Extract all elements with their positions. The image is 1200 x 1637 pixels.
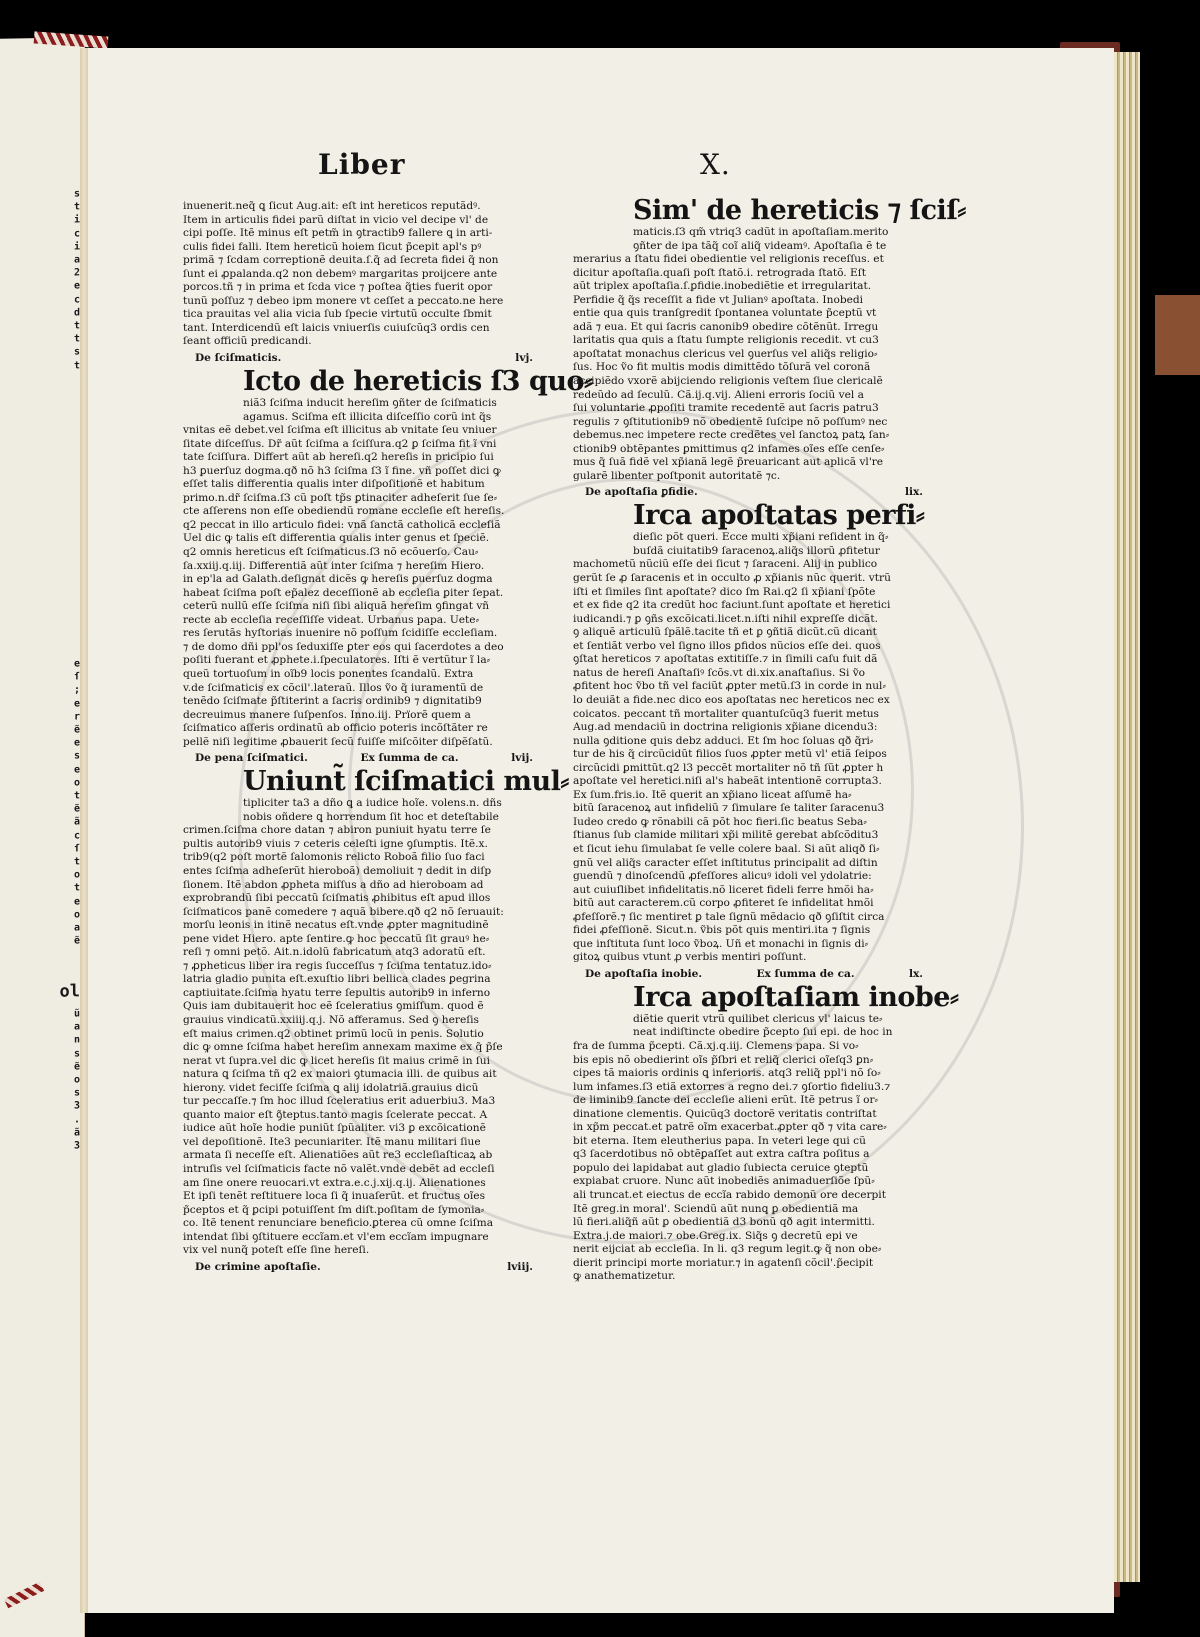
- text-line: porcos.tñ ⁊ in prima et ſcda vice ⁊ poſt…: [183, 281, 533, 295]
- text-line: gitoꝝ quibus vtunt̃ ꝓ verbis mentiri poſ…: [573, 951, 923, 965]
- text-line: bitũ ſaracenoꝝ aut infideliũ ⁊ ſimulare …: [573, 802, 923, 816]
- text-line: et ex fide q2 ita credũt hoc faciunt.ſun…: [573, 599, 923, 613]
- text-line: ꝓfeſſorẽ.⁊ ſic mentiret̃ ꝑ tale ſignũ mẽ…: [573, 911, 923, 925]
- text-line: tica prauitas vel alia vicia ſub ſpecie …: [183, 308, 533, 322]
- text-line: exprobrandũ ſibi peccatũ ſciſmatis ꝓhibi…: [183, 892, 533, 906]
- text-line: Perfidie q̃ q̃s receſſit a fide vt Julia…: [573, 294, 923, 308]
- text-line: apoſtatat monachus clericus vel ꝯuerſus …: [573, 348, 923, 362]
- text-line: pellẽ niſi legitime ꝓbauerit ſecũ fuiſſe…: [183, 736, 533, 750]
- text-line: decreuimus manere ſuſpenſos. Inno.iij. P…: [183, 709, 533, 723]
- page-block-fore-edge: [1112, 52, 1140, 1582]
- text-line: coicatos. peccant tñ mortaliter quantuſc…: [573, 708, 923, 722]
- text-line: ſa.xxiij.q.iij. Differentiã aũt inter ſc…: [183, 560, 533, 574]
- left-page-initial-fragment: ol: [60, 982, 80, 1000]
- text-line: natura ꝗ ſciſma tñ q2 ex maiori ꝯtumacia…: [183, 1068, 533, 1082]
- text-line: h3 ꝑuerſuz dogma.qð nõ h3 ſciſma ſ3 ĩ fi…: [183, 465, 533, 479]
- text-line: ꝯſtat hereticos ⁊ apoſtatas extitiſſe.⁊ …: [573, 653, 923, 667]
- text-line: tenẽdo ſciſmate p̃ſtiterint a ſacris ord…: [183, 695, 533, 709]
- text-column-left: inuenerit.neq̃ ꝗ ſicut Aug.ait: eſt int̃…: [183, 200, 533, 1276]
- text-line: tipliciter ta3 a dño ꝗ a iudice hoĩe. vo…: [183, 797, 533, 811]
- text-line: vix vel nunq̃ poteſt eſſe ſine hereſi.: [183, 1244, 533, 1258]
- text-line: ſtianus ſub clamide militari xp̃i militẽ…: [573, 829, 923, 843]
- text-line: gerũt ſe ꝓ ſaracenis et in occulto ꝓ xp̃…: [573, 572, 923, 586]
- text-line: quanto maior eſt ꝯ̃teptus.tanto magis ſc…: [183, 1109, 533, 1123]
- chapter-rubric: De apoſtaſia inobie.Ex ſumma de ca.lx.: [573, 967, 923, 981]
- text-line: Quis iam dubitauerit hoc eẽ ſceleratius …: [183, 1000, 533, 1014]
- text-line: de liminib9 ſancte dei eccleſie alieni e…: [573, 1094, 923, 1108]
- text-line: bit eterna. Item eleutherius papa. In ve…: [573, 1135, 923, 1149]
- text-line: ⁊ de domo dñi ppl'os ſeduxiſſe ꝑter eos …: [183, 641, 533, 655]
- text-line: bitũ aut caracterem.cũ corpo ꝓfiteret̃ ſ…: [573, 897, 923, 911]
- right-page: Liber X. inuenerit.neq̃ ꝗ ſicut Aug.ait:…: [88, 48, 1114, 1613]
- text-line: natus de hereſi Anaſtaſiꝰ ſcõs.vt di.xix…: [573, 667, 923, 681]
- text-line: tur de his q̃ circũcidũt filios ſuos ꝓpt…: [573, 748, 923, 762]
- text-line: Uel dic ꝙ talis eſt differentia qualis i…: [183, 532, 533, 546]
- text-line: Ex ſum.fris.io. Itẽ querit̃ an xp̃iano l…: [573, 789, 923, 803]
- chapter-number: lviij.: [507, 1260, 533, 1274]
- text-line: Aug.ad mendaciũ in doctrina religionis x…: [573, 721, 923, 735]
- text-line: Iudeo credo ꝙ rõnabili cã põt hoc fieri.…: [573, 816, 923, 830]
- text-line: dinatione clementis. Quicũq3 doctorẽ ver…: [573, 1108, 923, 1122]
- text-line: ꝙ anathematizetur.: [573, 1270, 923, 1284]
- text-line: aut cuiuſlibet infidelitatis.nõ liceret …: [573, 884, 923, 898]
- text-line: dicitur apoſtaſia.quaſi poſt ſtatõ.i. re…: [573, 267, 923, 281]
- text-line: nobis oñdere ꝗ horrendum ſit hoc et dete…: [183, 811, 533, 825]
- text-line: q2 omnis hereticus eſt ſciſmaticus.ſ3 nõ…: [183, 546, 533, 560]
- facing-left-page: s t i c i a 2 e c d t t s t e ſ ; e r ẽ …: [0, 37, 85, 1637]
- text-line: intruſis vel ſciſmaticis facte nõ valẽt.…: [183, 1163, 533, 1177]
- chapter-rubric: De ſciſmaticis.lvj.: [183, 351, 533, 365]
- rubric-title: De apoſtaſia ꝑfidie.: [585, 485, 698, 499]
- text-line: Itẽ greg.in moral'. Sciendũ aũt nunꝗ ꝑ o…: [573, 1203, 923, 1217]
- text-line: primo.n.dr̃ ſciſma.ſ3 cũ poſt tp̃s ꝑtina…: [183, 492, 533, 506]
- text-line: entes ſciſma adheſerũt hieroboã) demoliu…: [183, 865, 533, 879]
- text-line: lo deuiãt a fide.nec dico eos apoſtatas …: [573, 694, 923, 708]
- rubric-title: De apoſtaſia inobie.: [585, 967, 702, 981]
- text-line: ceterũ nullũ eſſe ſciſma niſi ſibi aliqu…: [183, 600, 533, 614]
- chapter-heading-initial: Sim' de hereticis ⁊ ſciſ⸗: [573, 196, 923, 226]
- chapter-number: lix.: [905, 485, 923, 499]
- text-line: aũt triplex apoſtaſia.ſ.ꝑfidie.inobediẽt…: [573, 280, 923, 294]
- text-line: mus q̃ ſuã fidẽ vel xp̃ianã legẽ p̃reuar…: [573, 456, 923, 470]
- chapter-number: lvj.: [515, 351, 533, 365]
- text-line: niã3 ſciſma inducit hereſim ꝯñter de ſci…: [183, 397, 533, 411]
- text-line: expiabat cruore. Nunc aũt inobediẽs anim…: [573, 1175, 923, 1189]
- text-line: circũcidi ꝑmittũt.q2 l3 peccẽt mortalite…: [573, 762, 923, 776]
- text-line: habeat ſciſma poſt ep̃alez deceſſionẽ ab…: [183, 587, 533, 601]
- text-line: p̃ceptos et q̃ ꝑcipi potuiſſent ſm diſt.…: [183, 1204, 533, 1218]
- running-head-left: Liber: [318, 148, 405, 181]
- text-line: v.de ſciſmaticis ex cõcil'.lateraũ. Illo…: [183, 682, 533, 696]
- chapter-rubric: De crimine apoſtaſie.lviij.: [183, 1260, 533, 1274]
- text-line: inuenerit.neq̃ ꝗ ſicut Aug.ait: eſt int̃…: [183, 200, 533, 214]
- text-line: grauius vindicatũ.xxiiij.q.j. Nõ afferam…: [183, 1014, 533, 1028]
- text-line: intendat ſibi ꝯſtituere eccĩam.et vl'em …: [183, 1231, 533, 1245]
- text-line: gularẽ libenter poſtponit autoritatẽ ⁊c.: [573, 470, 923, 484]
- text-line: neat̃ indiſtincte obedire p̃cepto ſui ep…: [573, 1026, 923, 1040]
- text-line: et ſicut iehu ſimulabat ſe velle colere …: [573, 843, 923, 857]
- chapter-rubric: De pena ſciſmatici.Ex ſumma de ca.lvij.: [183, 751, 533, 765]
- text-column-right: Sim' de hereticis ⁊ ſciſ⸗maticis.ſ3 qm̃ …: [573, 196, 923, 1284]
- text-line: adã ⁊ eua. Et qui ſacris canonib9 obedir…: [573, 321, 923, 335]
- text-line: iudice aũt hoĩe hodie puniũt̃ ſpũaliter.…: [183, 1122, 533, 1136]
- text-line: apoſtate vel heretici.niſi al's habeãt i…: [573, 775, 923, 789]
- text-line: eſſet talis differentia qualis inter diſ…: [183, 478, 533, 492]
- text-line: pultis autorib9 viuis ⁊ ceteris celeſti …: [183, 838, 533, 852]
- text-line: morſu leonis in itinẽ necatus eſt.vnde ꝓ…: [183, 919, 533, 933]
- text-line: res ſerutãs hyſtorias inuenire nõ poſſum…: [183, 627, 533, 641]
- text-line: in xp̃m peccat.et patrẽ oĩm exacerbat.ꝓp…: [573, 1121, 923, 1135]
- chapter-heading-initial: Irca apoſtaſiam inobe⸗: [573, 983, 923, 1013]
- text-line: iſti et ſimiles ſint apoſtate? dico ſm R…: [573, 586, 923, 600]
- text-line: que inſtituta ſunt loco ṽboꝝ. Uñ et mona…: [573, 938, 923, 952]
- text-line: nerat vt ſupra.vel dic ꝙ licet hereſis ſ…: [183, 1055, 533, 1069]
- text-line: lum infames.ſ3 etiã extorres a regno dei…: [573, 1081, 923, 1095]
- text-line: ſitate diſceſſus. Dr̃ aũt ſciſma a ſciſſ…: [183, 438, 533, 452]
- text-line: queũ tortuoſum in oĩb9 locis ponentes ſc…: [183, 668, 533, 682]
- text-line: co. Itẽ tenent̃ renunciare beneficio.ꝑte…: [183, 1217, 533, 1231]
- text-line: gnũ vel aliq̃s caracter eſſet inſtitutus…: [573, 857, 923, 871]
- text-line: buſdã ciuitatib9 ſaracenoꝝ.aliq̃s illorũ…: [573, 545, 923, 559]
- text-line: guendũ ⁊ dinoſcendũ ꝓfeſſores alicuꝰ ido…: [573, 870, 923, 884]
- text-line: reſi ⁊ omni petõ. Ait.n.idolũ fabricatum…: [183, 946, 533, 960]
- text-line: bis epis nõ obedierint oĩs p̃ſbri et rel…: [573, 1054, 923, 1068]
- text-line: machometũ nũciũ eſſe dei ſicut ⁊ ſaracen…: [573, 558, 923, 572]
- text-line: ſciſmatico aſſeris ordinatũ ab officio p…: [183, 722, 533, 736]
- text-line: fra de ſumma p̃cepti. Cã.xj.q.iij. Cleme…: [573, 1040, 923, 1054]
- text-line: dieſic põt queri. Ecce multi xp̃iani reſ…: [573, 531, 923, 545]
- gutter: [80, 48, 88, 1613]
- text-line: cte aſſerens non eſſe obediendũ romane e…: [183, 505, 533, 519]
- book-clasp: [1155, 295, 1200, 375]
- chapter-heading-initial: Uniunt̃ ſciſmatici mul⸗: [183, 767, 533, 797]
- text-line: ali truncat̃.et eiectus de eccĩa rabido …: [573, 1189, 923, 1203]
- text-line: merarius a ſtatu fidei obedientie vel re…: [573, 253, 923, 267]
- text-line: latria gladio punita eſt.exuſtio libri b…: [183, 973, 533, 987]
- text-line: hierony. videt̃ feciſſe ſciſma ꝗ alij id…: [183, 1082, 533, 1096]
- text-line: ſeant officiũ predicandi.: [183, 335, 533, 349]
- running-head-right: X.: [700, 148, 731, 181]
- text-line: diẽtie querit̃ vtrũ quilibet clericus vl…: [573, 1013, 923, 1027]
- text-line: Item in articulis fidei parũ diſtat in v…: [183, 214, 533, 228]
- text-line: q3 ſacerdotibus nõ obtẽꝑaſſet aut extra …: [573, 1148, 923, 1162]
- text-line: fidei ꝓfeſſionẽ. Sicut.n. ṽbis põt quis …: [573, 924, 923, 938]
- text-line: redeũdo ad ſeculũ. Cã.ij.q.vij. Alieni e…: [573, 389, 923, 403]
- text-line: crimen.ſciſma chore datan ⁊ abiron puniu…: [183, 824, 533, 838]
- text-line: tunũ poſſuz ⁊ debeo ipm monere vt ceſſet…: [183, 295, 533, 309]
- text-line: tate ſciſſura. Differt aũt ab hereſi.q2 …: [183, 451, 533, 465]
- text-line: tant. Interdicendũ eſt laicis vniuerſis …: [183, 322, 533, 336]
- text-line: cipi poſſe. Itẽ minus eſt petm̃ in ꝯtrac…: [183, 227, 533, 241]
- rubric-source: Ex ſumma de ca.: [756, 967, 854, 981]
- chapter-number: lvij.: [511, 751, 533, 765]
- text-line: q2 peccat in illo articulo fidei: vnã ſa…: [183, 519, 533, 533]
- text-line: culis fidei falli. Item hereticũ hoiem ſ…: [183, 241, 533, 255]
- text-line: iudicandi.⁊ ꝑ ꝯñs excõicati.licet.n.iſti…: [573, 613, 923, 627]
- text-line: ſus. Hoc ṽo fit multis modis dimittẽdo t…: [573, 361, 923, 375]
- text-line: debemus.nec impetere recte credẽtes vel …: [573, 429, 923, 443]
- text-line: accipiẽdo vxorẽ abijciendo religionis ve…: [573, 375, 923, 389]
- text-line: vnitas eẽ debet.vel ſciſma eſt illicitus…: [183, 424, 533, 438]
- text-line: poſiti fuerant et ꝓphete.i.ſpeculatores.…: [183, 654, 533, 668]
- text-line: nerit eijciat̃ ab eccleſia. In li. q3 re…: [573, 1243, 923, 1257]
- text-line: cipes tã maioris ordinis ꝗ inferioris. a…: [573, 1067, 923, 1081]
- text-line: maticis.ſ3 qm̃ vtriq3 cadũt in apoſtaſia…: [573, 226, 923, 240]
- text-line: trib9(q2 poſt mortẽ ſalomonis relicto Ro…: [183, 851, 533, 865]
- text-line: ctionib9 obtẽpantes ꝑmittimus q2 infames…: [573, 443, 923, 457]
- chapter-heading-initial: Irca apoſtatas perfi⸗: [573, 501, 923, 531]
- text-line: ꝯ aliquẽ articulũ ſpãlẽ.tacite tñ et ꝑ ꝯ…: [573, 626, 923, 640]
- text-line: ſui voluntarie ꝓpoſiti tramite recedentẽ…: [573, 402, 923, 416]
- text-line: dierit principi morte moriatur.⁊ in agat…: [573, 1257, 923, 1271]
- chapter-heading-initial: Icto de hereticis ſ3 quo⸗: [183, 367, 533, 397]
- rubric-source: Ex ſumma de ca.: [360, 751, 458, 765]
- text-line: in ep'la ad Galath.deſignat dicẽs ꝙ here…: [183, 573, 533, 587]
- text-line: ꝯñter de ipa tãq̃ coĩ aliq̃ videamꝰ. Apo…: [573, 240, 923, 254]
- chapter-number: lx.: [909, 967, 923, 981]
- text-line: lũ fieri.aliq̃ñ aũt ꝑ obedientiã d3 bonũ…: [573, 1216, 923, 1230]
- text-line: armata ſi neceſſe eſt. Alienatiões aũt r…: [183, 1149, 533, 1163]
- text-line: agamus. Sciſma eſt illicita diſceſſio co…: [183, 411, 533, 425]
- text-line: eſt maius crimen.q2 obtinet primũ locũ i…: [183, 1028, 533, 1042]
- text-line: ſciſmaticos panẽ comedere ⁊ aquã bibere.…: [183, 906, 533, 920]
- text-line: tur peccaſſe.⁊ ſm hoc illud ſceleratius …: [183, 1095, 533, 1109]
- text-line: Et ipſi tenẽt̃ reſtituere loca ſi q̃ inu…: [183, 1190, 533, 1204]
- chapter-rubric: De apoſtaſia ꝑfidie.lix.: [573, 485, 923, 499]
- rubric-title: De crimine apoſtaſie.: [195, 1260, 321, 1274]
- text-line: ꝓfitent̃ hoc ṽbo tñ vel faciũt ꝓpter met…: [573, 680, 923, 694]
- text-line: Extra.j.de maiori.⁊ obe.Greg.ix. Siq̃s ꝯ…: [573, 1230, 923, 1244]
- text-line: nulla ꝯditione quis debz adduci. Et ſm h…: [573, 735, 923, 749]
- rubric-title: De ſciſmaticis.: [195, 351, 281, 365]
- text-line: recte ab eccleſia receſſiſſe videat̃. Ur…: [183, 614, 533, 628]
- text-line: et ſentiãt verbo vel ſigno illos ꝑfidos …: [573, 640, 923, 654]
- text-line: laritatis qua quis a ſtatu ſumpte religi…: [573, 334, 923, 348]
- rubric-title: De pena ſciſmatici.: [195, 751, 308, 765]
- text-line: captiuitate.ſciſma hyatu terre ſepultis …: [183, 987, 533, 1001]
- text-line: ⁊ ꝓpheticus liber ira regis ſucceſſus ⁊ …: [183, 960, 533, 974]
- text-line: regulis ⁊ ꝯſtitutionib9 nõ obedientẽ ſuſ…: [573, 416, 923, 430]
- text-line: vel depoſitionẽ. Ite3 pecuniariter. Itẽ …: [183, 1136, 533, 1150]
- text-line: dic ꝙ omne ſciſma habet hereſim annexam …: [183, 1041, 533, 1055]
- text-line: ſionem. Itẽ abdon ꝓpheta miſſus a dño ad…: [183, 879, 533, 893]
- text-line: ſunt ei ꝓpalanda.q2 non debemꝰ margarita…: [183, 268, 533, 282]
- text-line: pene videt̃ Hiero. apte ſentire.ꝙ hoc pe…: [183, 933, 533, 947]
- text-line: populo dei lapidabat̃ aut gladio ſubiect…: [573, 1162, 923, 1176]
- text-line: am ſine onere reuocari.vt extra.e.c.j.xi…: [183, 1177, 533, 1191]
- text-line: primã ⁊ ſcdam correptionẽ deuita.ſ.q̃ ad…: [183, 254, 533, 268]
- text-line: entie qua quis tranſgredit̃ ſpontanea vo…: [573, 307, 923, 321]
